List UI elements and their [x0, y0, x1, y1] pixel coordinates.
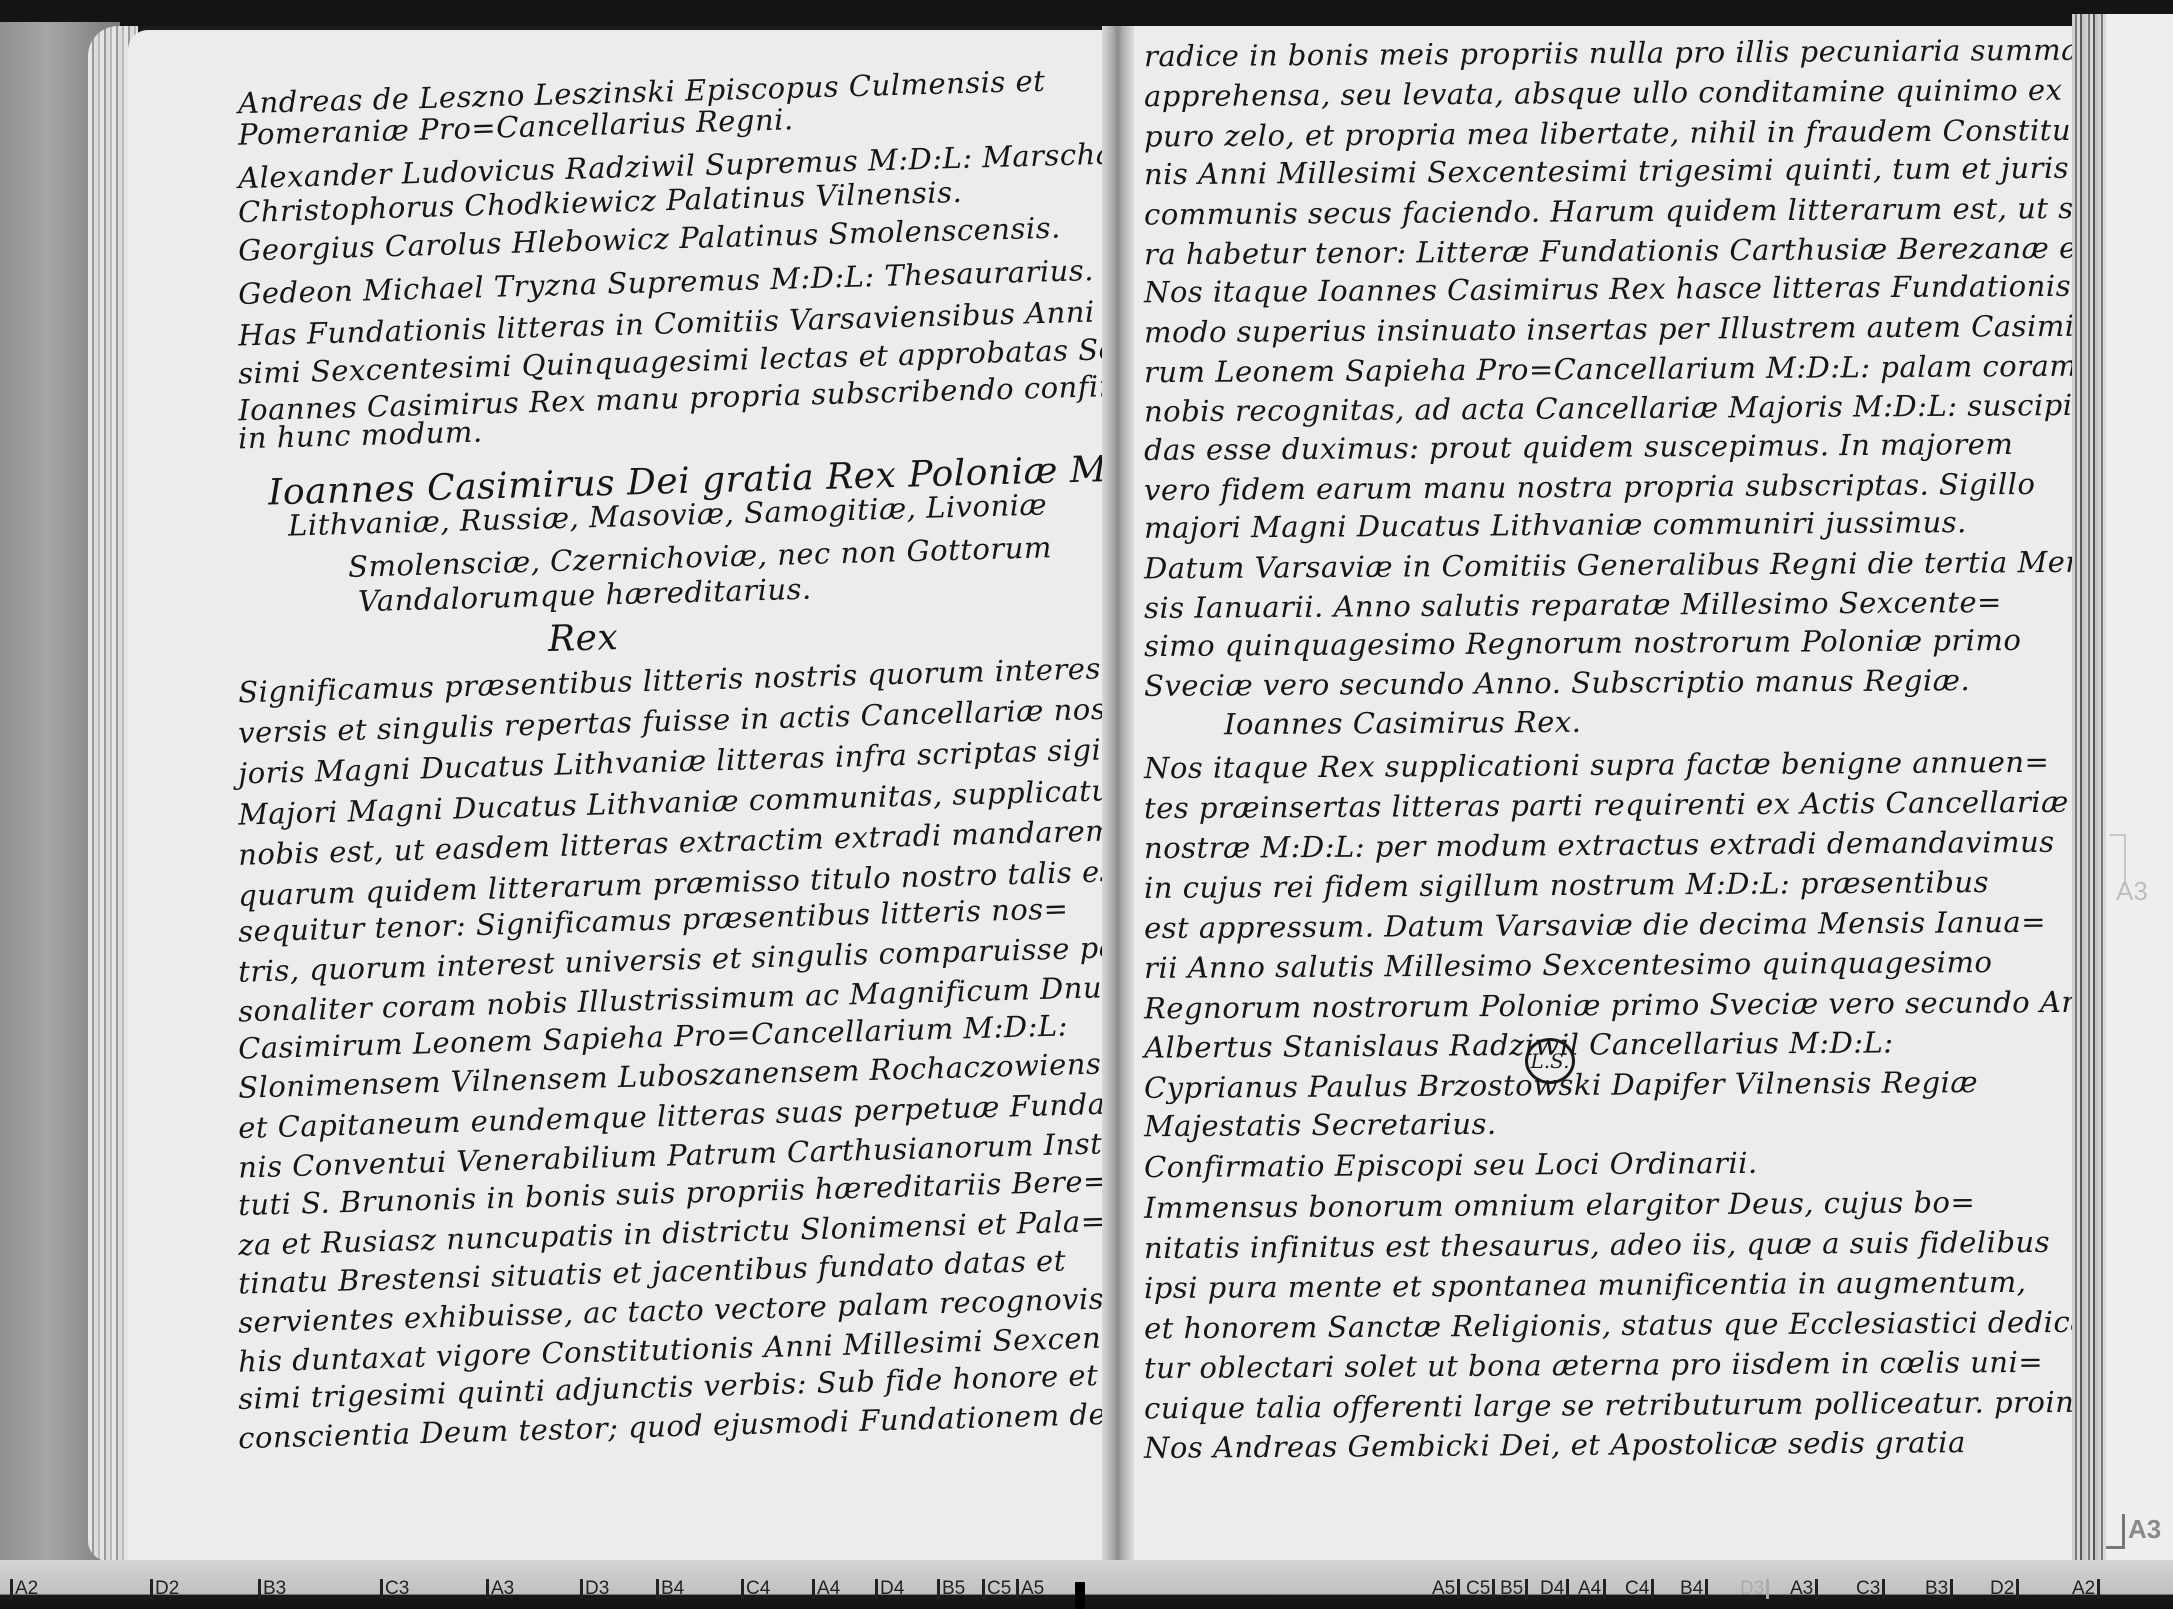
calibration-mark-right: D4	[1540, 1578, 1569, 1600]
mark-label: B3	[263, 1578, 286, 1600]
tick-icon	[741, 1579, 744, 1599]
calibration-mark-left: D4	[875, 1578, 904, 1600]
calibration-mark-left: B5	[937, 1578, 965, 1600]
tick-icon	[1705, 1579, 1708, 1599]
mark-label: D4	[880, 1578, 904, 1600]
manuscript-line: in cujus rei fidem sigillum nostrum M:D:…	[1144, 865, 1989, 905]
manuscript-line: radice in bonis meis propriis nulla pro …	[1144, 33, 2079, 74]
mark-label: B4	[1680, 1578, 1703, 1600]
manuscript-line: communis secus faciendo. Harum quidem li…	[1144, 191, 2144, 232]
tick-icon	[1457, 1579, 1460, 1599]
tick-icon	[1492, 1579, 1495, 1599]
tick-icon	[1882, 1579, 1885, 1599]
tick-icon	[2016, 1579, 2019, 1599]
tick-icon	[150, 1579, 153, 1599]
tick-icon	[1950, 1579, 1953, 1599]
mark-label: C4	[1625, 1578, 1649, 1600]
calibration-mark-left: B3	[258, 1578, 286, 1600]
tick-icon	[1525, 1579, 1528, 1599]
mark-label: A3	[1790, 1578, 1813, 1600]
page-edges-right	[2072, 14, 2106, 1562]
manuscript-line: apprehensa, seu levata, absque ullo cond…	[1144, 73, 2063, 113]
calibration-mark-right: B5	[1500, 1578, 1528, 1600]
calibration-mark-right: C3	[1856, 1578, 1885, 1600]
tick-icon	[875, 1579, 878, 1599]
mark-label: D4	[1540, 1578, 1564, 1600]
margin-label-top: A3	[2116, 876, 2148, 907]
ghost-bracket-bottom	[2106, 1514, 2125, 1549]
tick-icon	[580, 1579, 583, 1599]
calibration-strip	[0, 1560, 2173, 1609]
mark-label: A4	[817, 1578, 840, 1600]
tick-icon	[10, 1579, 13, 1599]
calibration-mark-right: B4	[1680, 1578, 1708, 1600]
manuscript-line: ipsi pura mente et spontanea munificenti…	[1144, 1265, 2027, 1305]
manuscript-line: majori Magni Ducatus Lithvaniæ communiri…	[1144, 505, 1967, 545]
manuscript-line: in hunc modum.	[238, 415, 483, 456]
tick-icon	[812, 1579, 815, 1599]
mark-label: D3	[585, 1578, 609, 1600]
right-page: radice in bonis meis propriis nulla pro …	[1134, 26, 2134, 1561]
manuscript-line: ra habetur tenor: Litteræ Fundationis Ca…	[1144, 231, 2089, 272]
mark-label: A4	[1578, 1578, 1601, 1600]
calibration-mark-right: A4	[1578, 1578, 1606, 1600]
manuscript-line: et honorem Sanctæ Religionis, status que…	[1144, 1305, 2113, 1346]
mark-label: C3	[1856, 1578, 1880, 1600]
manuscript-line: modo superius insinuato insertas per Ill…	[1144, 309, 2100, 350]
manuscript-line: rii Anno salutis Millesimo Sexcentesimo …	[1144, 945, 1993, 985]
mark-label: A2	[2072, 1578, 2095, 1600]
manuscript-line: nis Anni Millesimi Sexcentesimi trigesim…	[1144, 151, 2069, 191]
manuscript-line: Majestatis Secretarius.	[1144, 1107, 1497, 1143]
manuscript-line: est appressum. Datum Varsaviæ die decima…	[1144, 905, 2046, 945]
calibration-mark-left: C4	[741, 1578, 770, 1600]
calibration-mark-right: B3	[1925, 1578, 1953, 1600]
calibration-mark-right: C4	[1625, 1578, 1654, 1600]
calibration-mark-left: B4	[656, 1578, 684, 1600]
tick-icon	[486, 1579, 489, 1599]
left-page: Andreas de Leszno Leszinski Episcopus Cu…	[128, 30, 1113, 1560]
mark-label: B3	[1925, 1578, 1948, 1600]
manuscript-line: sis Ianuarii. Anno salutis reparatæ Mill…	[1144, 585, 2002, 625]
mark-label: B5	[942, 1578, 965, 1600]
scan-top-border	[0, 0, 2173, 26]
margin-label-bottom: A3	[2128, 1514, 2161, 1545]
tick-icon	[380, 1579, 383, 1599]
manuscript-line: Regnorum nostrorum Poloniæ primo Sveciæ …	[1144, 985, 2127, 1026]
tick-icon	[1651, 1579, 1654, 1599]
calibration-mark-right: D3	[1740, 1578, 1769, 1600]
mark-label: C5	[1466, 1578, 1490, 1600]
calibration-mark-right: A2	[2072, 1578, 2100, 1600]
calibration-mark-left: A5	[1016, 1578, 1044, 1600]
manuscript-line: Nos itaque Ioannes Casimirus Rex hasce l…	[1144, 269, 2071, 309]
manuscript-line: Albertus Stanislaus Radziwil Cancellariu…	[1144, 1025, 1894, 1064]
tick-icon	[1815, 1579, 1818, 1599]
manuscript-line: Sveciæ vero secundo Anno. Subscriptio ma…	[1144, 663, 1970, 703]
mark-label: A2	[15, 1578, 38, 1600]
calibration-mark-right: D2	[1990, 1578, 2019, 1600]
mark-label: A5	[1021, 1578, 1044, 1600]
tick-icon	[258, 1579, 261, 1599]
calibration-mark-left: C3	[380, 1578, 409, 1600]
manuscript-line: tes præinsertas litteras parti requirent…	[1144, 785, 2069, 825]
calibration-mark-left: C5	[982, 1578, 1011, 1600]
manuscript-line: Rex	[547, 617, 618, 660]
tick-icon	[1603, 1579, 1606, 1599]
manuscript-line: Nos Andreas Gembicki Dei, et Apostolicæ …	[1144, 1425, 1966, 1465]
mark-label: D2	[155, 1578, 179, 1600]
mark-label: C3	[385, 1578, 409, 1600]
mark-label: C5	[987, 1578, 1011, 1600]
calibration-mark-right: A5	[1432, 1578, 1460, 1600]
manuscript-line: Ioannes Casimirus Rex.	[1224, 705, 1582, 741]
manuscript-line: cuique talia offerenti large se retribut…	[1144, 1385, 2121, 1426]
tick-icon	[1566, 1579, 1569, 1599]
manuscript-line: rum Leonem Sapieha Pro=Cancellarium M:D:…	[1144, 349, 2078, 390]
manuscript-line: nobis recognitas, ad acta Cancellariæ Ma…	[1144, 388, 2134, 429]
calibration-mark-right: A3	[1790, 1578, 1818, 1600]
manuscript-line: nitatis infinitus est thesaurus, adeo ii…	[1144, 1225, 2050, 1265]
tick-icon	[656, 1579, 659, 1599]
tick-icon	[1016, 1579, 1019, 1599]
mark-label: D3	[1740, 1578, 1764, 1600]
manuscript-line: tur oblectari solet ut bona æterna pro i…	[1144, 1345, 2043, 1385]
manuscript-line: puro zelo, et propria mea libertate, nih…	[1144, 113, 2136, 154]
mark-label: D2	[1990, 1578, 2014, 1600]
calibration-mark-left: D2	[150, 1578, 179, 1600]
tick-icon	[1766, 1579, 1769, 1599]
next-leaf-margin: A3 A3	[2106, 14, 2173, 1562]
book-gutter	[1102, 26, 1134, 1561]
mark-label: A5	[1432, 1578, 1455, 1600]
center-marker	[1075, 1582, 1085, 1609]
mark-label: B5	[1500, 1578, 1523, 1600]
tick-icon	[2097, 1579, 2100, 1599]
tick-icon	[982, 1579, 985, 1599]
locus-sigilli-mark: L.S.	[1525, 1038, 1575, 1084]
calibration-mark-left: D3	[580, 1578, 609, 1600]
manuscript-line: Nos itaque Rex supplicationi supra factæ…	[1144, 745, 2050, 785]
manuscript-line: das esse duximus: prout quidem suscepimu…	[1144, 427, 2014, 467]
calibration-mark-left: A3	[486, 1578, 514, 1600]
manuscript-line: vero fidem earum manu nostra propria sub…	[1144, 467, 2036, 507]
manuscript-line: Confirmatio Episcopi seu Loci Ordinarii.	[1144, 1146, 1758, 1184]
mark-label: B4	[661, 1578, 684, 1600]
manuscript-line: Immensus bonorum omnium elargitor Deus, …	[1144, 1185, 1975, 1225]
manuscript-line: nostræ M:D:L: per modum extractus extrad…	[1144, 825, 2055, 865]
mark-label: C4	[746, 1578, 770, 1600]
manuscript-line: Datum Varsaviæ in Comitiis Generalibus R…	[1144, 545, 2110, 586]
mark-label: A3	[491, 1578, 514, 1600]
manuscript-line: simo quinquagesimo Regnorum nostrorum Po…	[1144, 623, 2022, 663]
calibration-mark-left: A4	[812, 1578, 840, 1600]
calibration-mark-right: C5	[1466, 1578, 1495, 1600]
tick-icon	[937, 1579, 940, 1599]
calibration-mark-left: A2	[10, 1578, 38, 1600]
